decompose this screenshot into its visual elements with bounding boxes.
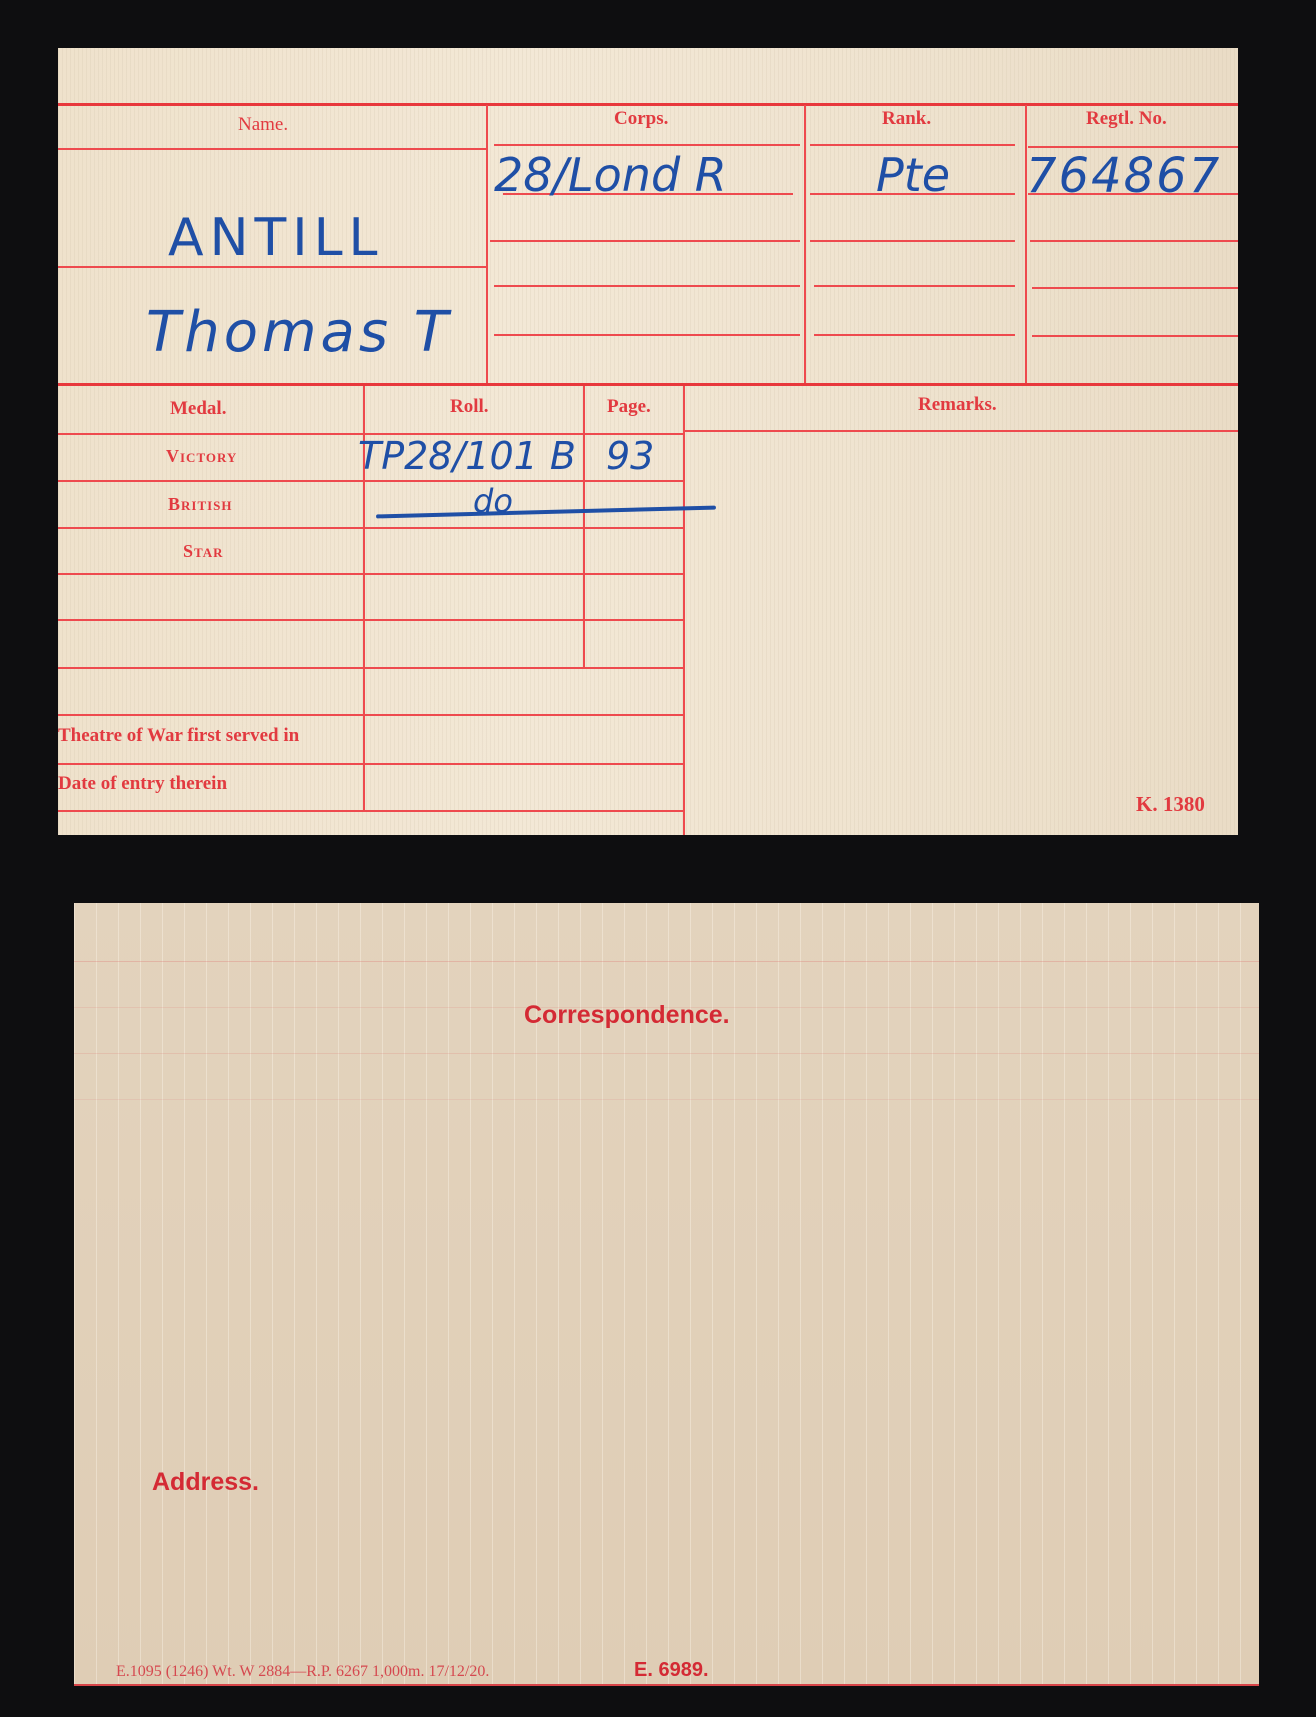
- rank-rule: [814, 285, 1015, 287]
- corps-rule: [490, 240, 800, 242]
- regtl-rule: [1032, 287, 1238, 289]
- top-rule: [58, 103, 1238, 106]
- rank-entry: Pte: [876, 148, 950, 202]
- medal-victory: Victory: [166, 446, 237, 467]
- medal-row-rule: [58, 527, 684, 529]
- date-rule: [58, 763, 684, 765]
- rank-rule: [810, 144, 1015, 146]
- corps-rule: [494, 285, 800, 287]
- form-number: K. 1380: [1136, 792, 1205, 817]
- printer-imprint-code: E. 6989.: [634, 1659, 709, 1682]
- medal-row-rule: [58, 480, 684, 482]
- medal-index-card-front: Name. Corps. Rank. Regtl. No. ANTILL Tho…: [58, 48, 1238, 835]
- corps-rule: [494, 144, 800, 146]
- rank-rule: [814, 334, 1015, 336]
- name-header-rule: [58, 148, 487, 150]
- page-entry-victory: 93: [606, 434, 654, 478]
- rank-header: Rank.: [882, 108, 931, 130]
- regtl-no-entry: 764867: [1026, 148, 1221, 204]
- page-header: Page.: [607, 396, 651, 418]
- roll-entry-victory: TP28/101 B: [358, 434, 576, 478]
- medal-row-rule: [58, 619, 684, 621]
- corps-rank-divider: [804, 105, 806, 383]
- printer-imprint: E.1095 (1246) Wt. W 2884—R.P. 6267 1,000…: [116, 1663, 489, 1681]
- correspondence-label: Correspondence.: [524, 1001, 730, 1030]
- faint-rule: [74, 1099, 1259, 1100]
- medal-british: British: [168, 494, 233, 515]
- back-bottom-edge: [74, 1684, 1259, 1686]
- corps-entry: 28/Lond R: [494, 148, 727, 202]
- theatre-label: Theatre of War first served in: [58, 725, 299, 747]
- medal-header: Medal.: [170, 398, 226, 420]
- page-remarks-divider: [683, 386, 685, 835]
- surname-entry: ANTILL: [168, 208, 384, 268]
- bottom-rule: [58, 810, 684, 812]
- address-label: Address.: [152, 1468, 259, 1497]
- ditto-stroke: [376, 506, 716, 519]
- medal-star: Star: [183, 541, 224, 562]
- date-of-entry-label: Date of entry therein: [58, 773, 227, 795]
- corps-header: Corps.: [614, 108, 668, 130]
- faint-rule: [74, 1053, 1259, 1054]
- faint-rule: [74, 961, 1259, 962]
- theatre-rule: [58, 714, 684, 716]
- regtl-rule: [1030, 240, 1238, 242]
- remarks-header-rule: [684, 430, 1238, 432]
- roll-page-divider: [583, 386, 585, 668]
- forenames-entry: Thomas T: [146, 300, 452, 365]
- roll-header: Roll.: [450, 396, 489, 418]
- medal-row-rule: [58, 667, 684, 669]
- rank-rule: [810, 240, 1015, 242]
- medal-index-card-back: Correspondence. Address. E.1095 (1246) W…: [74, 903, 1259, 1686]
- rank-regtl-divider: [1025, 105, 1027, 383]
- corps-rule: [494, 334, 800, 336]
- remarks-header: Remarks.: [918, 394, 997, 416]
- name-header: Name.: [238, 114, 288, 136]
- section-divider: [58, 383, 1238, 386]
- regtl-rule: [1032, 335, 1238, 337]
- medal-row-rule: [58, 573, 684, 575]
- name-corps-divider: [486, 105, 488, 383]
- regtl-no-header: Regtl. No.: [1086, 108, 1167, 130]
